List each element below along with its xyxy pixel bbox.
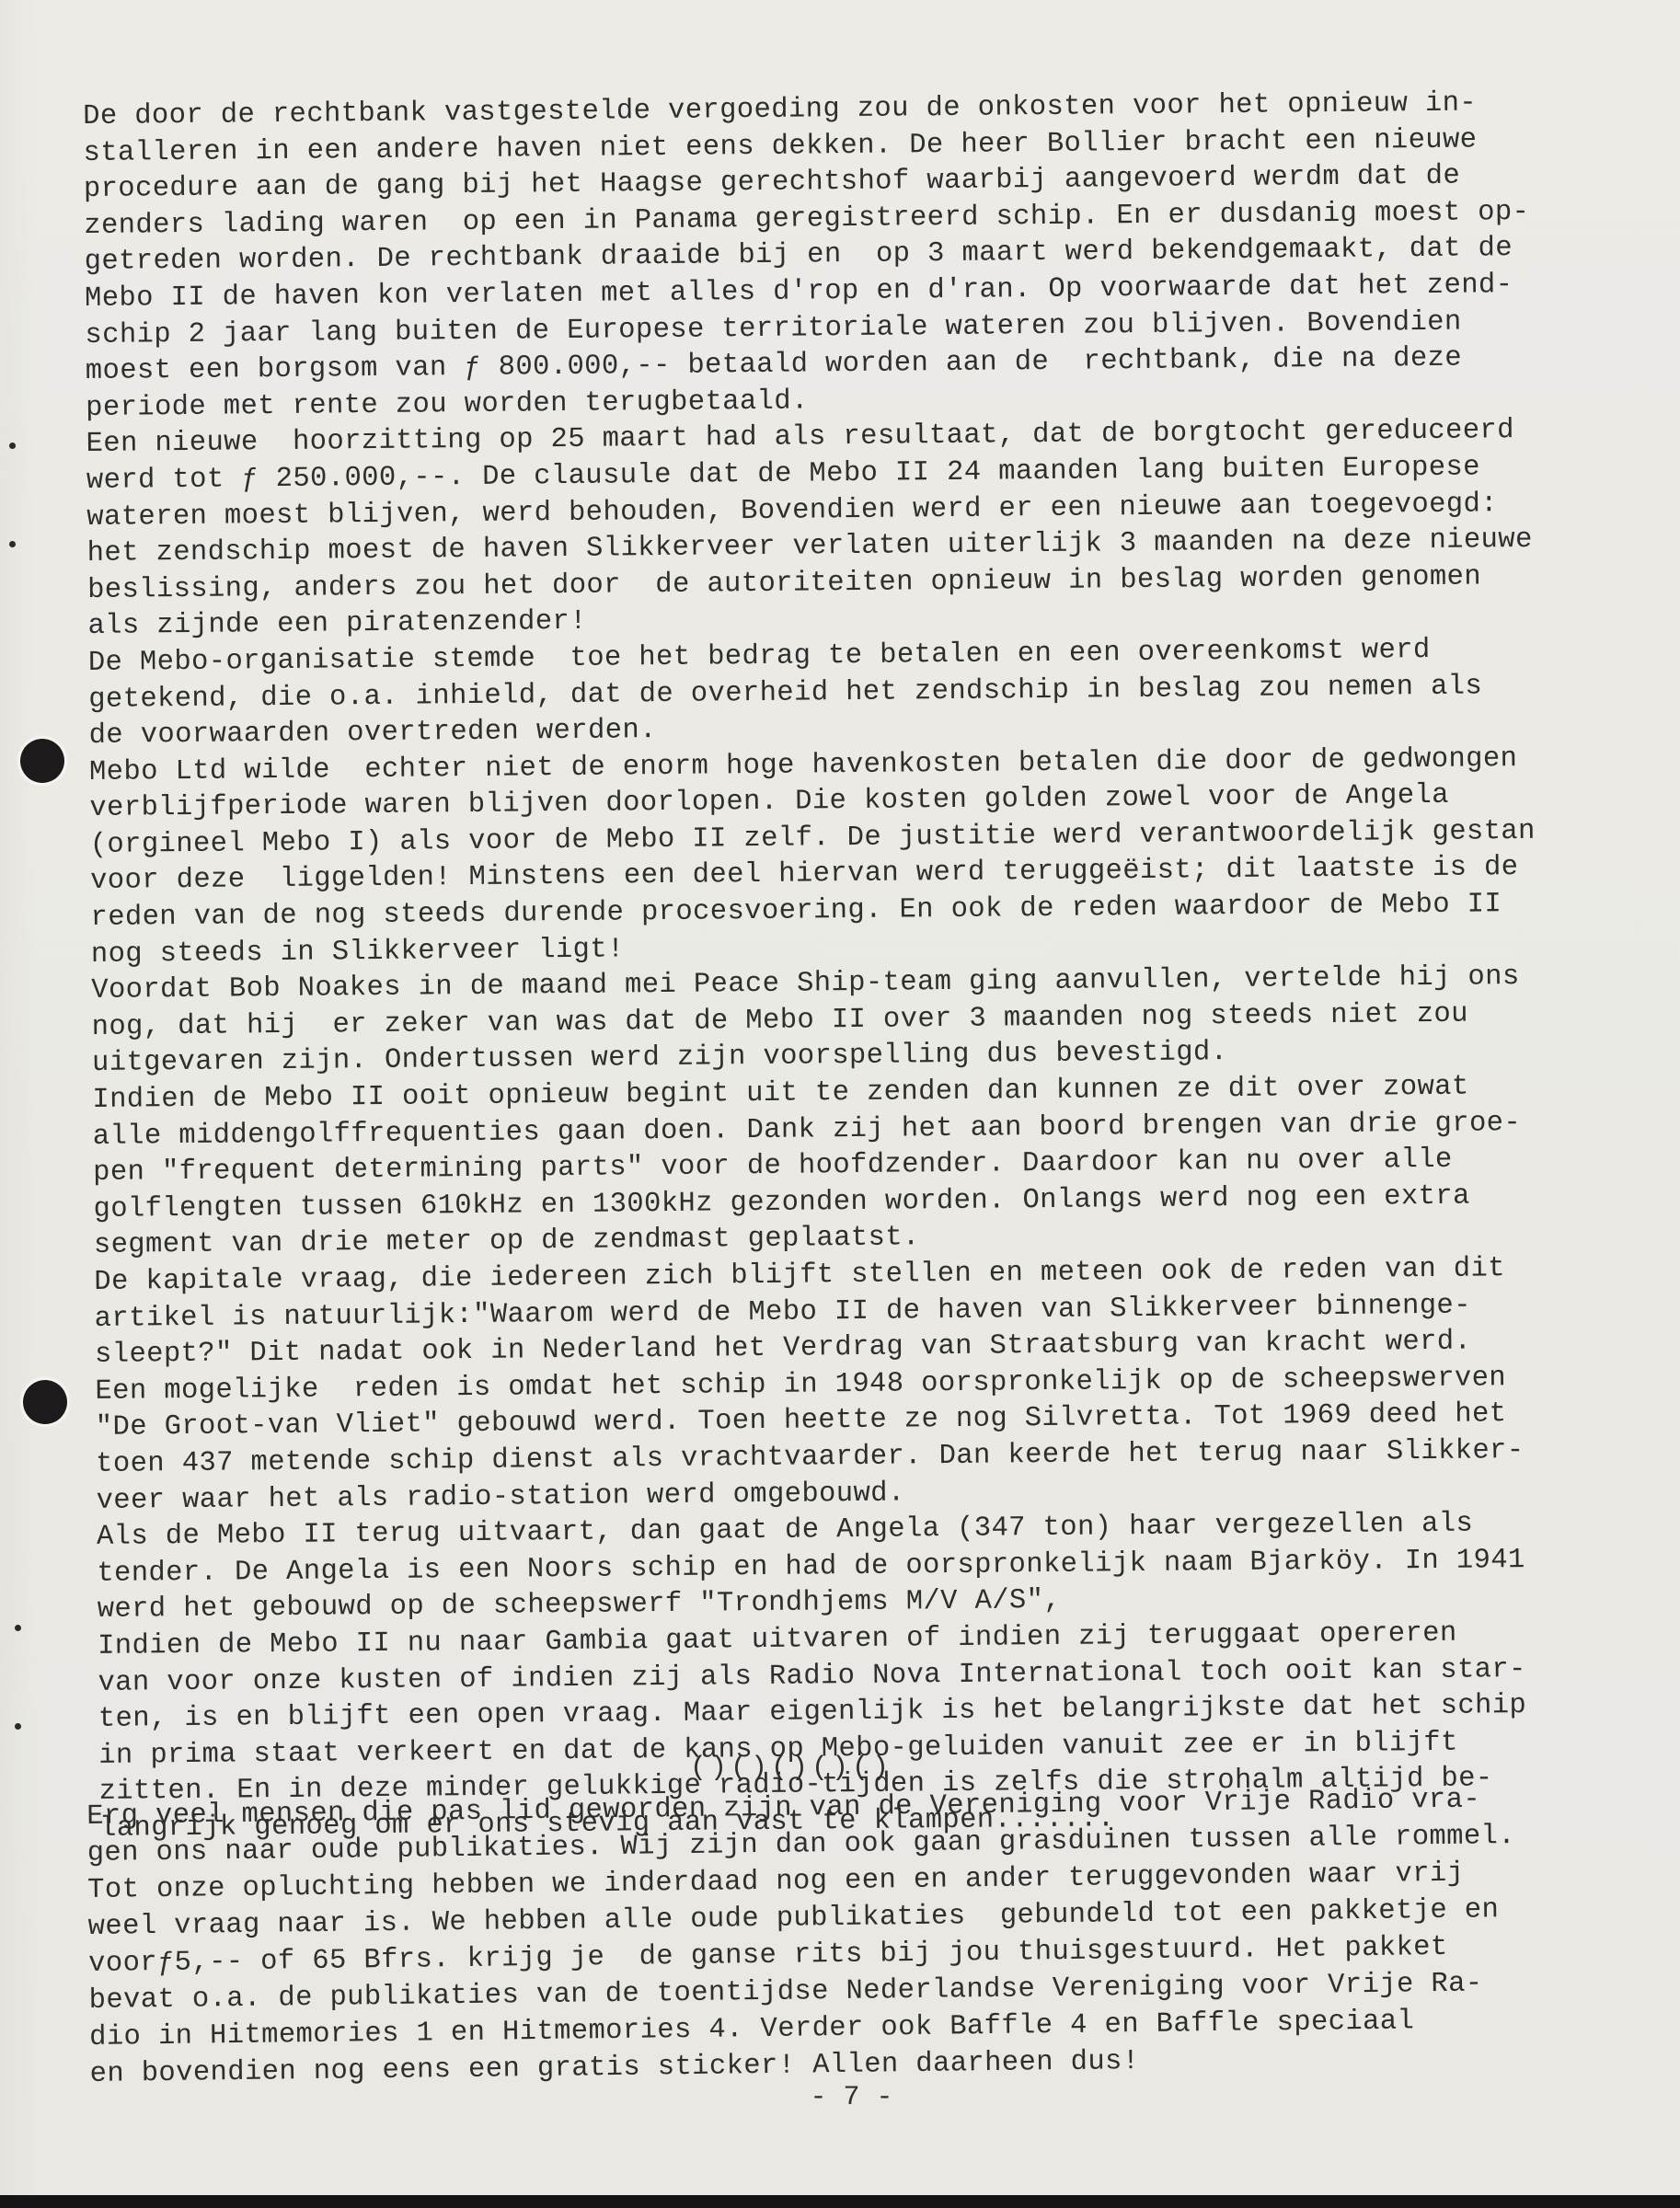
punch-hole [23,1380,67,1424]
binder-mark [15,1723,21,1730]
binder-mark [15,1625,21,1631]
publications-notice: Erg veel mensen die pas lid geworden zij… [86,1779,1673,2093]
scan-edge-band [0,2195,1680,2208]
section-separator: ()()()()() [690,1753,892,1784]
article-body: De door de rechtbank vastgestelde vergoe… [83,84,1680,1847]
binder-mark [9,541,16,547]
punch-hole [20,739,64,783]
binder-mark [9,443,16,449]
page-number: - 7 - [0,2082,1680,2113]
